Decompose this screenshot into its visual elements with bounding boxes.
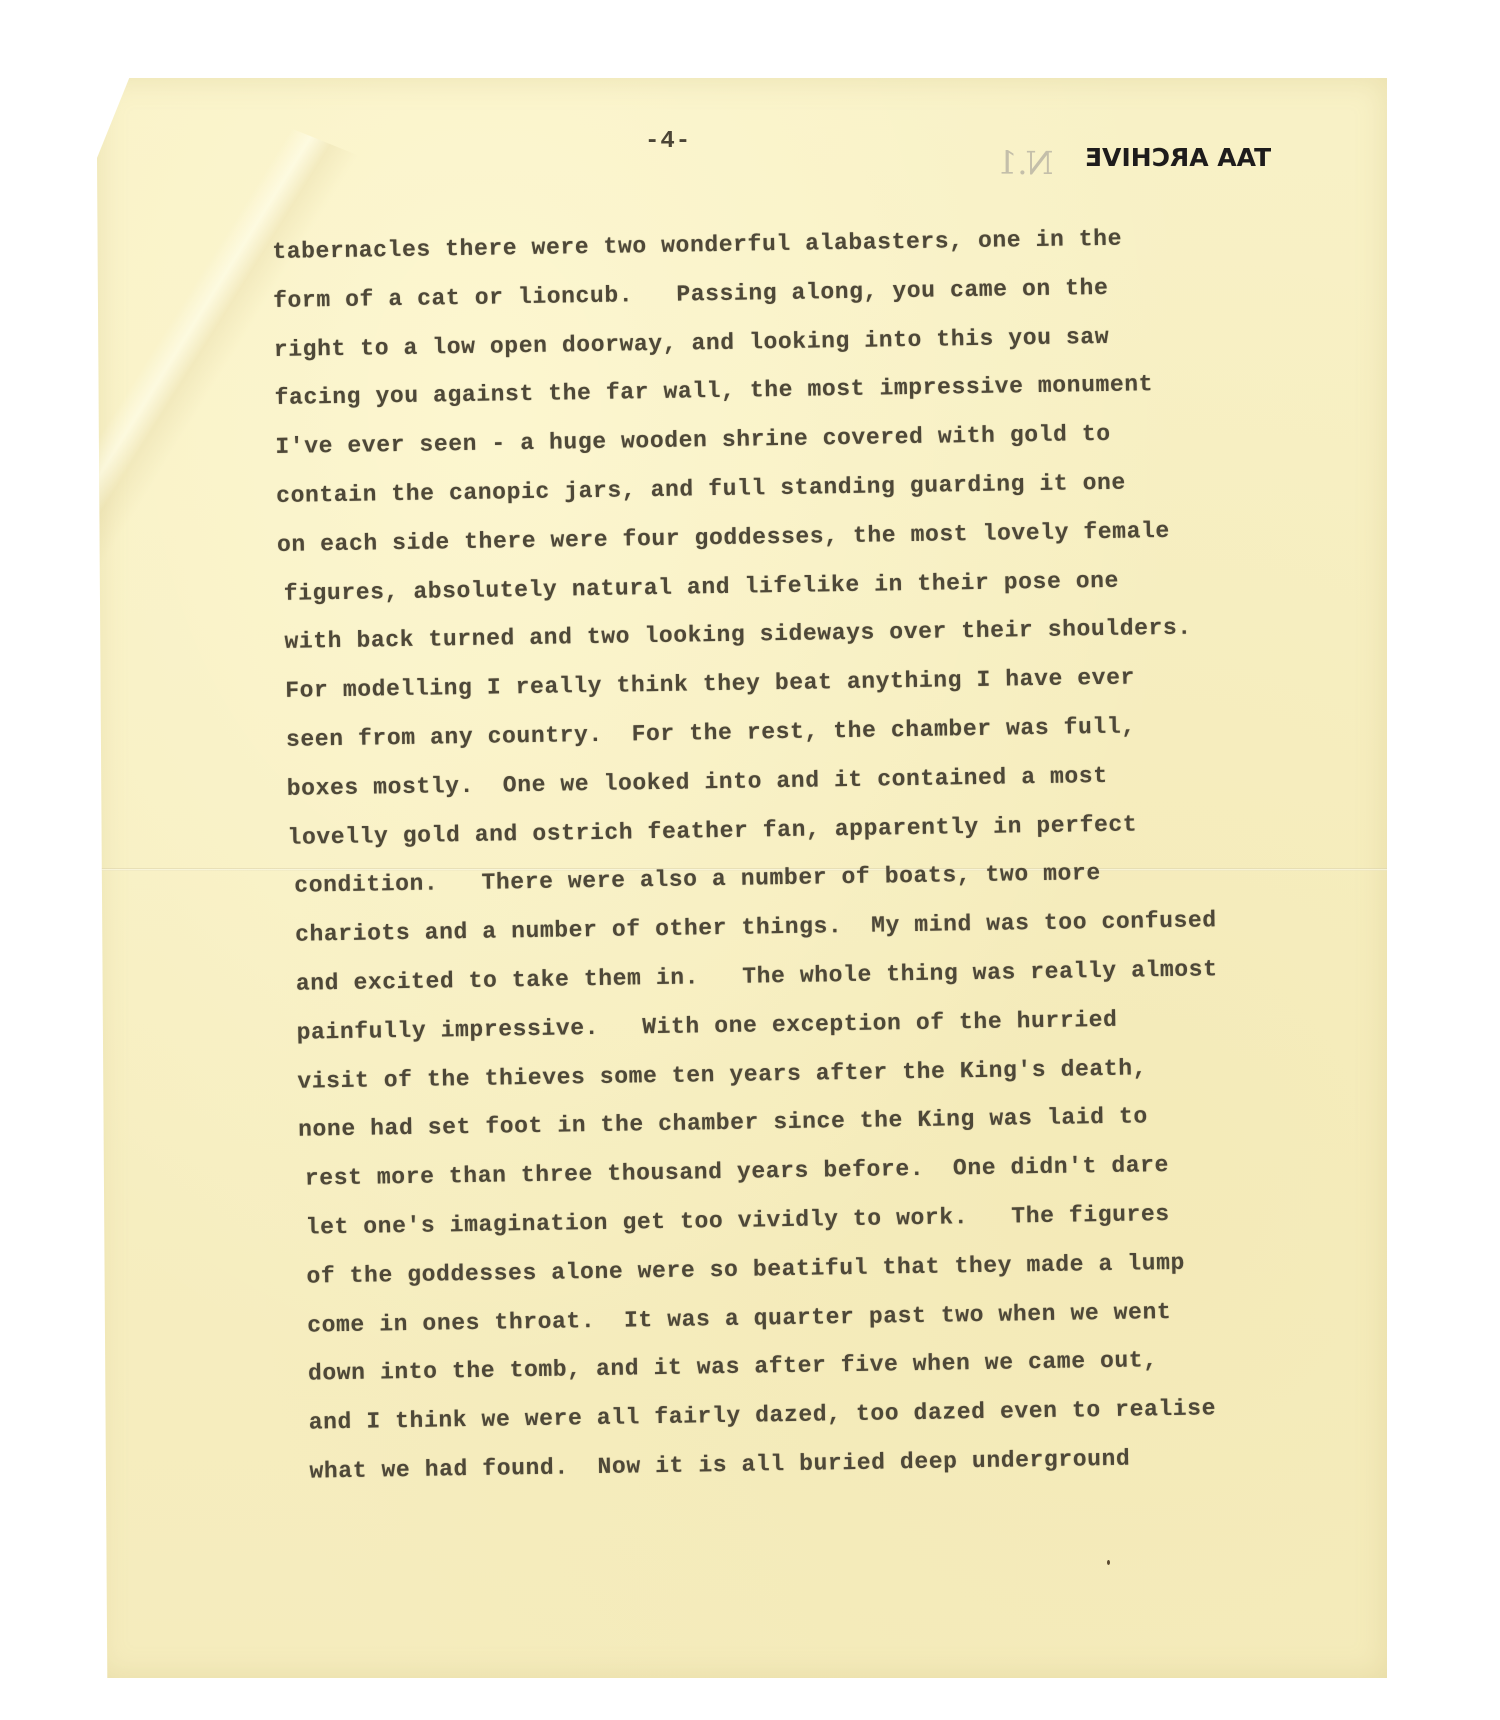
ink-spot <box>1065 1678 1071 1688</box>
page-number: -4- <box>645 128 691 155</box>
ink-spot <box>1107 1560 1110 1565</box>
pencil-annotation: N.1 <box>997 144 1053 182</box>
archive-stamp: TAA ARCHIVE <box>1085 143 1271 172</box>
letter-body: tabernacles there were two wonderful ala… <box>272 212 1312 1497</box>
